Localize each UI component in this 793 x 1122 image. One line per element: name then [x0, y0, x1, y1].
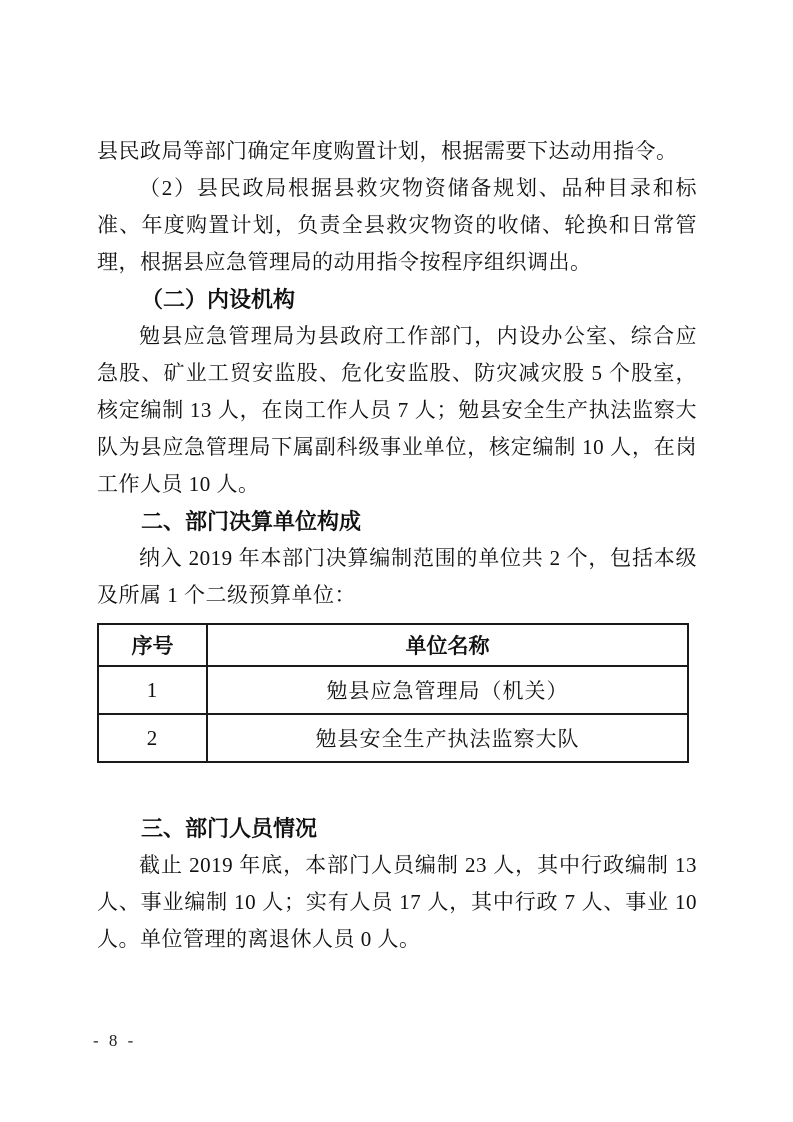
unit-table: 序号 单位名称 1 勉县应急管理局（机关） 2 勉县安全生产执法监察大队 — [97, 623, 689, 763]
document-page: 县民政局等部门确定年度购置计划，根据需要下达动用指令。 （2）县民政局根据县救灾… — [0, 0, 793, 1122]
unit-table-head: 序号 单位名称 — [98, 624, 688, 666]
paragraph-internal-org: 勉县应急管理局为县政府工作部门，内设办公室、综合应急股、矿业工贸安监股、危化安监… — [97, 318, 697, 503]
table-header-cell-no: 序号 — [98, 624, 207, 666]
table-header-row: 序号 单位名称 — [98, 624, 688, 666]
section-heading-internal-org: （二）内设机构 — [97, 281, 697, 318]
paragraph-unit-composition: 纳入 2019 年本部门决算编制范围的单位共 2 个，包括本级及所属 1 个二级… — [97, 540, 697, 614]
table-cell-no: 2 — [98, 714, 207, 762]
table-cell-name: 勉县应急管理局（机关） — [207, 666, 688, 714]
paragraph-item2-civil-affairs: （2）县民政局根据县救灾物资储备规划、品种目录和标准、年度购置计划，负责全县救灾… — [97, 170, 697, 281]
table-header-cell-name: 单位名称 — [207, 624, 688, 666]
unit-table-body: 1 勉县应急管理局（机关） 2 勉县安全生产执法监察大队 — [98, 666, 688, 762]
section-heading-personnel: 三、部门人员情况 — [97, 810, 697, 847]
table-cell-no: 1 — [98, 666, 207, 714]
document-content: 县民政局等部门确定年度购置计划，根据需要下达动用指令。 （2）县民政局根据县救灾… — [97, 133, 697, 958]
paragraph-storage-continuation: 县民政局等部门确定年度购置计划，根据需要下达动用指令。 — [97, 133, 697, 170]
section-heading-unit-composition: 二、部门决算单位构成 — [97, 503, 697, 540]
page-number: - 8 - — [93, 1031, 136, 1051]
table-row: 1 勉县应急管理局（机关） — [98, 666, 688, 714]
paragraph-personnel: 截止 2019 年底，本部门人员编制 23 人，其中行政编制 13 人、事业编制… — [97, 847, 697, 958]
table-cell-name: 勉县安全生产执法监察大队 — [207, 714, 688, 762]
table-row: 2 勉县安全生产执法监察大队 — [98, 714, 688, 762]
